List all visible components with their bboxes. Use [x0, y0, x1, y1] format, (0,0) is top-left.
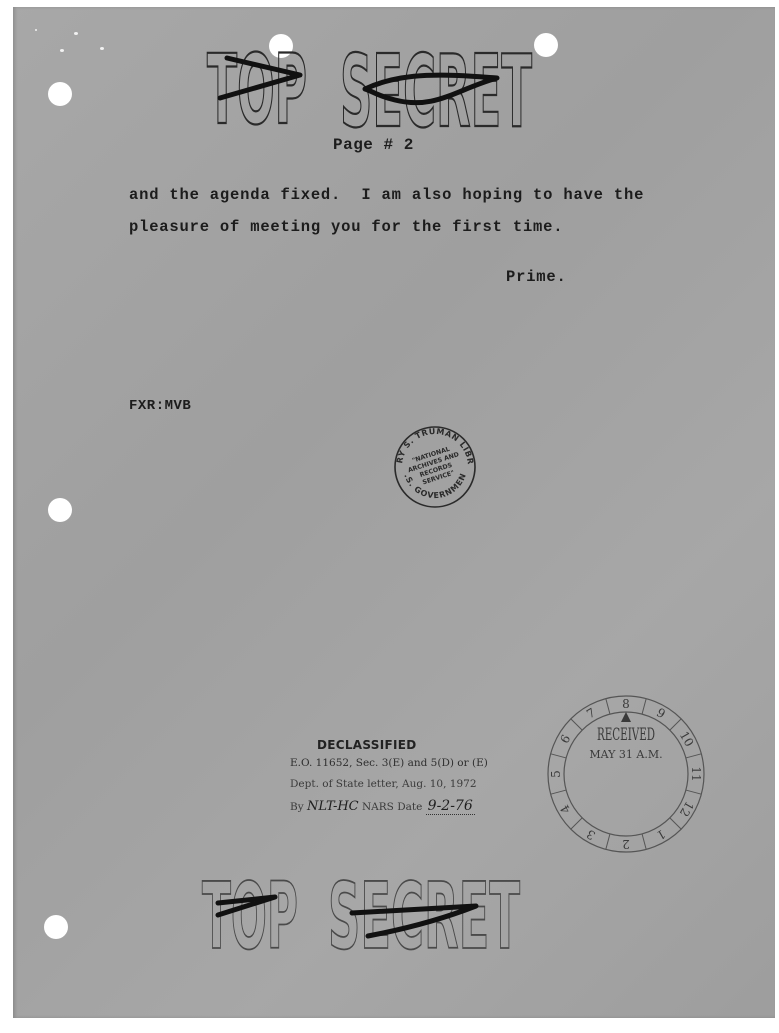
by-handwritten-value: NLT-HC — [307, 799, 359, 814]
signature: Prime. — [506, 268, 567, 286]
declassified-title: DECLASSIFIED — [317, 738, 417, 752]
dial-number: 9 — [654, 705, 668, 721]
declassification-reference: Dept. of State letter, Aug. 10, 1972 — [290, 778, 477, 790]
top-secret-stamp-top: TOP SECRET — [205, 40, 535, 132]
dial-number: 11 — [689, 766, 703, 781]
received-stamp: 123456789101112 RECEIVED MAY 31 A.M. — [546, 694, 706, 854]
page-number: Page # 2 — [333, 136, 414, 154]
dial-pointer-icon — [621, 712, 631, 722]
punch-hole — [534, 33, 558, 57]
paper-speck — [100, 47, 104, 50]
received-date: MAY 31 A.M. — [589, 748, 662, 761]
punch-hole — [44, 915, 68, 939]
top-secret-stamp-bottom: TOP SECRET — [200, 870, 530, 952]
dial-number: 10 — [677, 729, 697, 749]
dial-number: 4 — [557, 802, 573, 816]
punch-hole — [48, 498, 72, 522]
paper-speck — [60, 49, 64, 52]
declassification-signoff: By NLT-HC NARS Date 9-2-76 — [290, 798, 475, 814]
dial-number: 3 — [584, 827, 598, 843]
paper-speck — [35, 29, 37, 31]
dial-number: 6 — [557, 732, 573, 746]
dial-number: 5 — [549, 770, 563, 778]
dial-number: 1 — [654, 827, 668, 843]
top-secret-word-top: TOP — [202, 870, 298, 952]
dial-number: 7 — [584, 705, 598, 721]
truman-library-seal: HARRY S. TRUMAN LIBRARY U.S. GOVERNMENT … — [392, 424, 478, 510]
dial-number: 2 — [622, 837, 630, 851]
date-handwritten-value: 9-2-76 — [426, 798, 475, 815]
received-label: RECEIVED — [597, 725, 655, 745]
letter-body-line: and the agenda fixed. I am also hoping t… — [129, 186, 644, 204]
paper-speck — [74, 32, 78, 35]
date-label: Date — [397, 801, 422, 813]
by-label: By — [290, 801, 304, 813]
document-page — [13, 7, 775, 1018]
declassification-authority: E.O. 11652, Sec. 3(E) and 5(D) or (E) — [290, 757, 488, 769]
agency-label: NARS — [362, 801, 394, 813]
punch-hole — [48, 82, 72, 106]
dial-number: 8 — [622, 697, 630, 711]
reference-initials: FXR:MVB — [129, 398, 191, 414]
letter-body-line: pleasure of meeting you for the first ti… — [129, 218, 563, 236]
dial-number: 12 — [677, 799, 697, 819]
